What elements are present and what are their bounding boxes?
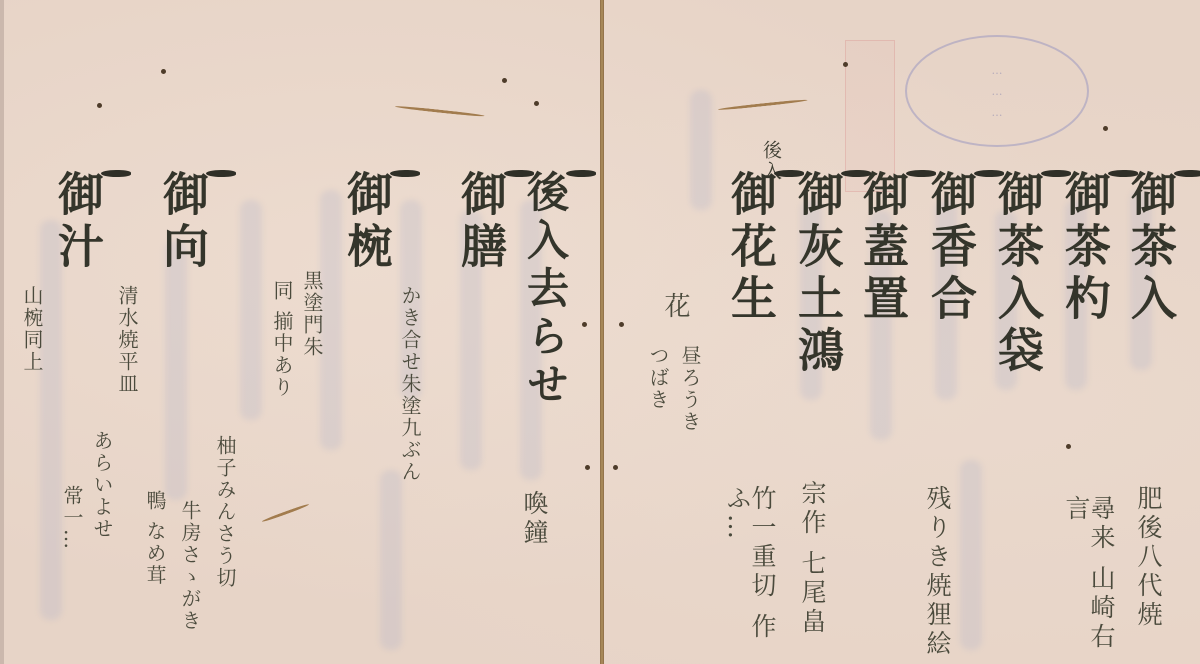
entry-note: 清水焼平皿 (117, 285, 137, 395)
entry-column: 御汁 (55, 170, 131, 274)
entry-column: 御茶入 (1128, 170, 1200, 326)
item-bullet (1041, 170, 1071, 177)
entry-heading: 御向 (156, 170, 210, 274)
entry-note: 同 揃中あり (272, 280, 292, 398)
entry-column: 御椀 (344, 170, 420, 274)
item-bullet (206, 170, 236, 177)
entry-note: 喚鐘 (522, 490, 547, 548)
entry-heading: 御花生 (724, 170, 778, 326)
binding-hole (1066, 444, 1071, 449)
binding-hole (585, 465, 590, 470)
binding-hole (502, 78, 507, 83)
entry-column: 御茶入袋 (995, 170, 1071, 378)
entry-note: 尋来 山崎右言 (1064, 495, 1114, 664)
item-bullet (101, 170, 131, 177)
entry-note: 柚子みんさう切 (215, 435, 235, 589)
entry-note: 肥後八代焼 (1136, 485, 1161, 630)
manuscript-spread: … … … 御茶入 肥後八代焼 御茶杓 尋来 山崎右言 御茶入袋 御香合 残りき… (0, 0, 1200, 664)
binding-hole (843, 62, 848, 67)
entry-note: かき合せ朱塗九ぶん (400, 285, 420, 483)
item-bullet (566, 170, 596, 177)
binding-hole (1103, 126, 1108, 131)
entry-column: 御向 (160, 170, 236, 274)
binding-gutter (600, 0, 604, 664)
edge-note-line: 昼ろうき (680, 345, 700, 433)
entry-note: 山椀同上 (22, 285, 42, 373)
entry-note: 宗作 七尾畠 (800, 480, 825, 637)
binding-hole (619, 322, 624, 327)
item-bullet (906, 170, 936, 177)
binding-hole (161, 69, 166, 74)
item-bullet (390, 170, 420, 177)
entry-column: 御灰土鴻 (795, 170, 871, 378)
edge-note-line: つばき (648, 345, 668, 411)
binding-hole (534, 101, 539, 106)
item-bullet (504, 170, 534, 177)
entry-note: あらいよせ (92, 430, 112, 540)
entry-heading: 御膳 (454, 170, 508, 274)
entry-note: 残りき焼狸絵 (925, 485, 950, 659)
entry-column: 御膳 (458, 170, 534, 274)
entry-column: 御蓋置 (860, 170, 936, 326)
item-bullet (774, 170, 804, 177)
binding-hole (613, 465, 618, 470)
entry-column: 後入去らせ (524, 170, 596, 410)
entry-note: 常一… (62, 485, 82, 551)
binding-hole (97, 103, 102, 108)
entry-column: 御茶杓 (1062, 170, 1138, 326)
entry-column: 御花生 (728, 170, 804, 326)
entry-note: 竹一重切 作ふ… (725, 485, 775, 664)
item-bullet (1108, 170, 1138, 177)
edge-note-flower: 花 (662, 292, 688, 322)
item-bullet (974, 170, 1004, 177)
entry-heading: 御椀 (340, 170, 394, 274)
entry-note: 鴨 なめ茸 (145, 490, 165, 586)
entry-column: 御香合 (928, 170, 1004, 326)
entry-heading: 御汁 (51, 170, 105, 274)
item-bullet (841, 170, 871, 177)
entry-note: 黒塗門朱 (302, 270, 322, 358)
entry-note: 牛房さゝがき (180, 500, 200, 632)
